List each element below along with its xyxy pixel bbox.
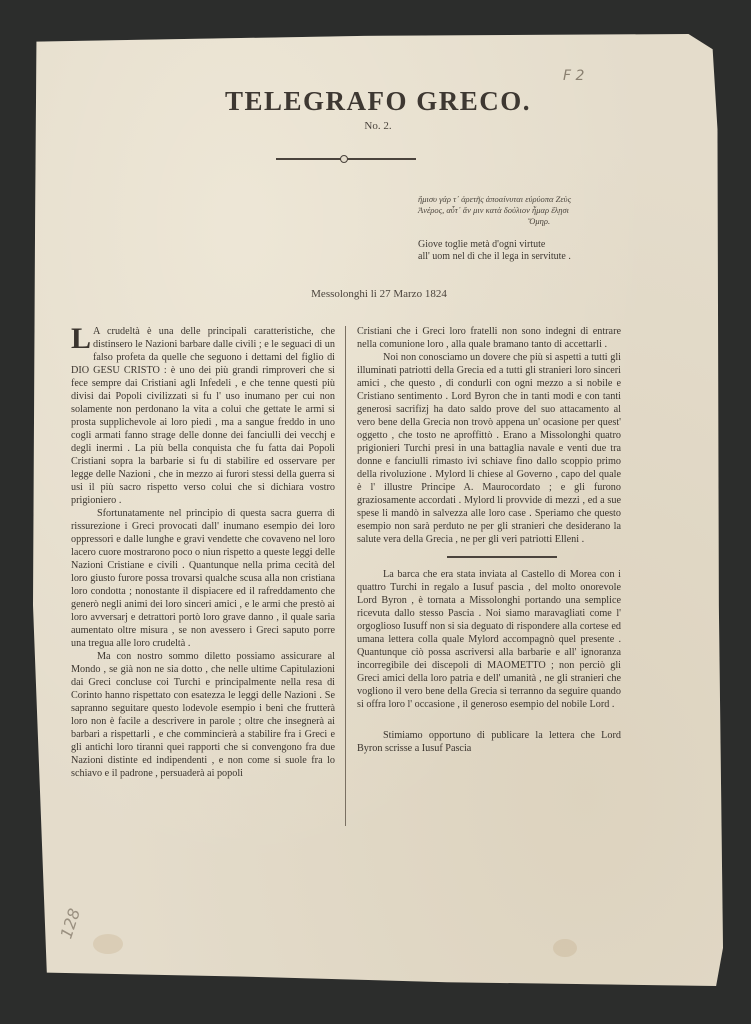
epigraph-attribution: Ὅμηρ. (418, 216, 658, 227)
second-article: La barca che era stata inviata al Castel… (357, 568, 621, 711)
column-divider (345, 326, 346, 826)
epigraph: ἥμισυ γάρ τ᾽ ἀρετῆς ἀποαίνυται εὐρύοπα Ζ… (418, 194, 658, 263)
masthead-title: TELEGRAFO GRECO. (33, 86, 723, 117)
paragraph-text: A crudeltà è una delle principali caratt… (71, 326, 335, 506)
article-paragraph: Ma con nostro sommo diletto possiamo ass… (71, 650, 335, 780)
letter-announcement: Stimiamo opportuno di publicare la lette… (357, 729, 621, 755)
article-paragraph: Noi non conosciamo un dovere che più si … (357, 351, 621, 546)
section-separator (357, 546, 621, 568)
epigraph-greek-line: Ἀνέρος, αὖτ᾽ ἄν μιν κατὰ δούλιον ἦμαρ ἕλ… (418, 205, 658, 216)
ornamental-rule (276, 158, 416, 160)
issue-number: No. 2. (33, 120, 723, 132)
dateline: Messolonghi li 27 Marzo 1824 (33, 288, 723, 300)
archive-mark: F 2 (563, 68, 584, 84)
article-paragraph: LA crudeltà è una delle principali carat… (71, 325, 335, 507)
paper-stain (93, 934, 123, 954)
drop-cap: L (71, 326, 91, 352)
paper-stain (553, 939, 577, 957)
right-column: Cristiani che i Greci loro fratelli non … (357, 325, 621, 755)
pencil-annotation: 128 (57, 906, 85, 941)
article-continuation: Cristiani che i Greci loro fratelli non … (357, 325, 621, 351)
epigraph-translation-line: all' uom nel dì che il lega in servitute… (418, 251, 658, 263)
article-paragraph: Sfortunatamente nel principio di questa … (71, 507, 335, 650)
newspaper-page: F 2 TELEGRAFO GRECO. No. 2. ἥμισυ γάρ τ᾽… (33, 34, 723, 986)
epigraph-greek-line: ἥμισυ γάρ τ᾽ ἀρετῆς ἀποαίνυται εὐρύοπα Ζ… (418, 194, 658, 205)
epigraph-translation-line: Giove toglie metà d'ogni virtute (418, 239, 658, 251)
left-column: LA crudeltà è una delle principali carat… (71, 325, 335, 780)
